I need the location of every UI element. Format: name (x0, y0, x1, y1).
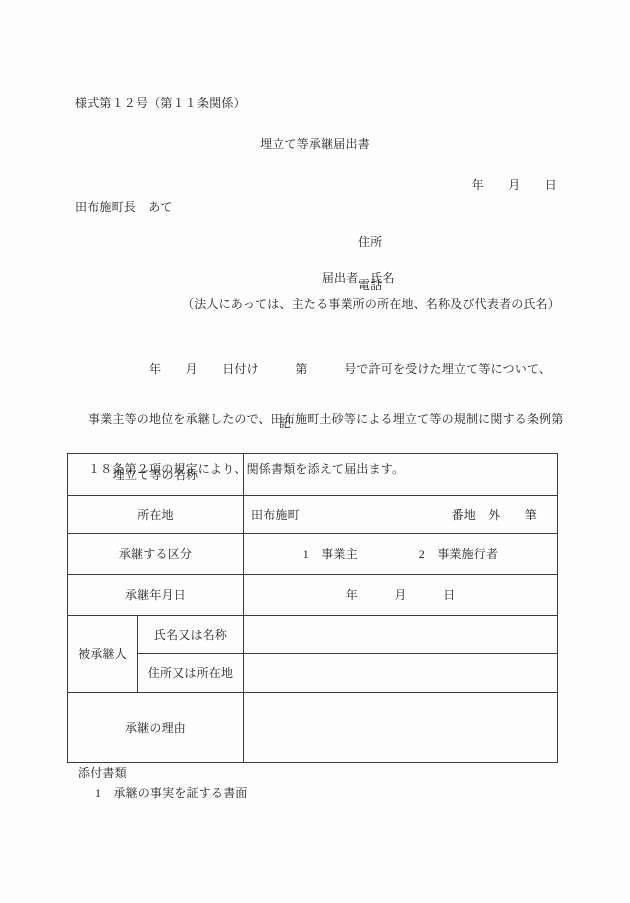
table-row: 埋立て等の名称 (68, 454, 558, 496)
date-line: 年 月 日 (472, 178, 557, 192)
ki-marker: 記 (0, 416, 570, 430)
table-row: 承継年月日 年 月 日 (68, 575, 558, 616)
table-row: 所在地 田布施町 番地 外 筆 (68, 496, 558, 534)
form-title: 埋立て等承継届出書 (0, 137, 630, 151)
applicant-address-label: 住所 (358, 235, 382, 249)
form-number: 様式第１２号（第１１条関係） (75, 96, 246, 110)
table-row: 被承継人 氏名又は名称 (68, 616, 558, 654)
value-predecessor-address (244, 654, 558, 693)
location-town: 田布施町 (251, 508, 300, 522)
value-category: 1 事業主 2 事業施行者 (244, 534, 558, 575)
table-row: 承継する区分 1 事業主 2 事業施行者 (68, 534, 558, 575)
label-fill-name: 埋立て等の名称 (68, 454, 244, 496)
table-row: 承継の理由 (68, 693, 558, 763)
addressee: 田布施町長 あて (75, 200, 173, 214)
value-fill-name (244, 454, 558, 496)
value-reason (244, 693, 558, 763)
body-line-1: 年 月 日付け 第 号で許可を受けた埋立て等について、 (88, 358, 564, 380)
label-location: 所在地 (68, 496, 244, 534)
succession-table: 埋立て等の名称 所在地 田布施町 番地 外 筆 承継する区分 1 事業主 2 事… (67, 453, 558, 763)
label-predecessor-group: 被承継人 (68, 616, 138, 693)
attachment-item-1: 1 承継の事実を証する書面 (95, 786, 248, 800)
form-document: 様式第１２号（第１１条関係） 埋立て等承継届出書 年 月 日 田布施町長 あて … (0, 0, 630, 903)
applicant-label: 届出者 (322, 271, 359, 285)
location-lot-suffix: 番地 外 筆 (452, 508, 537, 522)
attachments-heading: 添付書類 (78, 766, 127, 780)
label-predecessor-address: 住所又は所在地 (138, 654, 244, 693)
label-reason: 承継の理由 (68, 693, 244, 763)
applicant-phone-label: 電話 (358, 278, 382, 292)
label-predecessor-name: 氏名又は名称 (138, 616, 244, 654)
value-succession-date: 年 月 日 (244, 575, 558, 616)
corporate-note: （法人にあっては、主たる事業所の所在地、名称及び代表者の氏名） (182, 297, 560, 311)
label-succession-date: 承継年月日 (68, 575, 244, 616)
value-predecessor-name (244, 616, 558, 654)
label-category: 承継する区分 (68, 534, 244, 575)
value-location: 田布施町 番地 外 筆 (244, 496, 558, 534)
table-row: 住所又は所在地 (68, 654, 558, 693)
